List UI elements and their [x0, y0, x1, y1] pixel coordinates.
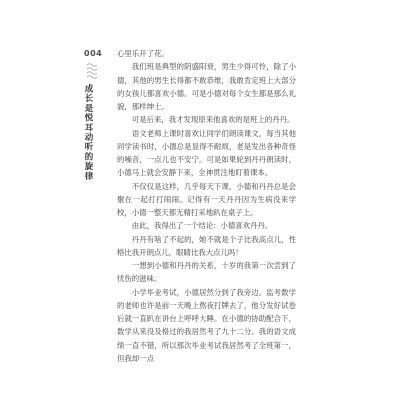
wave-ornament-icon — [86, 63, 98, 80]
body-text: 心里乐开了花。我们班是典型的阴盛阳衰，男生少得可怜，除了小德，其他的男生长得都不… — [117, 47, 296, 365]
paragraph: 我们班是典型的阴盛阳衰，男生少得可怜，除了小德，其他的男生长得都不敢恭维，我敢肯… — [117, 60, 296, 113]
paragraph: 语文老师上课时喜欢让同学们朗读课文，每当其他同学读书时，小德总是显得不耐烦，老是… — [117, 127, 296, 180]
paragraph: 可是后来，我才发现原来他喜欢的是班上的丹丹。 — [117, 113, 296, 126]
paragraph: 心里乐开了花。 — [117, 47, 296, 60]
paragraph: 小学毕业考试，小德居然分到了我旁边。监考数学的老师也许是前一天晚上熬夜打牌去了，… — [117, 286, 296, 366]
paragraph: 丹丹有啥了不起的，她不就是个子比我高点儿，性格比我开朗点儿，眼睛比我大点儿吗！ — [117, 233, 296, 260]
paragraph: 不仅仅是这样，几乎每天下课，小德和丹丹总是会聚在一起打打闹闹。记得有一天丹丹因为… — [117, 180, 296, 220]
paragraph: 一想到小德和丹丹的关系，十岁的我第一次尝到了忧伤的滋味。 — [117, 259, 296, 286]
chapter-title-vertical: 成长是悦耳动听的旋律 — [82, 84, 94, 254]
paragraph: 由此，我得出了一个结论：小德喜欢丹丹。 — [117, 219, 296, 232]
book-page: 004 成长是悦耳动听的旋律 心里乐开了花。我们班是典型的阴盛阳衰，男生少得可怜… — [0, 0, 400, 400]
page-number: 004 — [84, 49, 102, 58]
